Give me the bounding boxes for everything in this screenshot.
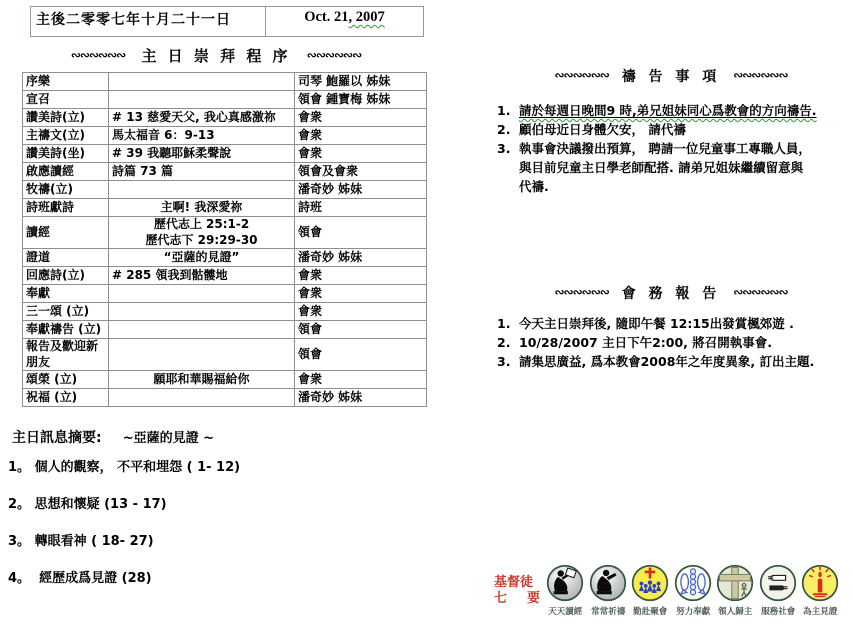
program-leader: 會衆 <box>295 267 427 285</box>
prayer-list: 1.請於每週日晚間9 時,弟兄姐妹同心爲教會的方向禱告.2.顧伯母近日身體欠安，… <box>497 101 849 196</box>
message-summary-heading-line: 主日訊息摘要: ~亞薩的見證 ~ <box>8 427 438 447</box>
report-section-title: 會 務 報 告 <box>622 286 721 302</box>
program-title: 主 日 崇 拜 程 序 <box>141 47 290 65</box>
ornament-icon: ∾∾∾∾∾∾ <box>733 285 787 299</box>
program-detail: # 285 領我到骷髏地 <box>109 267 295 285</box>
program-row: 奉獻禱告 (立)領會 <box>23 321 427 339</box>
program-item: 詩班獻詩 <box>23 199 109 217</box>
item-number: 3. <box>497 139 519 158</box>
item-number: 2. <box>497 333 519 352</box>
program-row: 主禱文(立)馬太福音 6：9-13會衆 <box>23 127 427 145</box>
program-leader: 領會 <box>295 217 427 249</box>
program-item: 主禱文(立) <box>23 127 109 145</box>
pray-icon <box>589 564 627 602</box>
item-number: 3. <box>497 352 519 371</box>
prayer-section-header: ∾∾∾∾∾∾ 禱 告 事 項 ∾∾∾∾∾∾ <box>494 66 848 86</box>
bulletin-page: 主後二零零七年十月二十一日 Oct. 21, 2007 ∾∾∾∾∾∾ 主 日 崇… <box>0 0 852 633</box>
ornament-icon: ∾∾∾∾∾∾ <box>554 285 608 299</box>
program-row: 三一頌 (立)會衆 <box>23 303 427 321</box>
seven-essentials-title-char-b: 要 <box>527 591 540 607</box>
item-text: 請於每週日晚間9 時,弟兄姐妹同心爲教會的方向禱告. <box>519 103 817 118</box>
date-english-wavy: , 2007 <box>349 9 385 25</box>
seven-essential-item: 努力奉獻 <box>672 564 715 617</box>
program-detail <box>109 73 295 91</box>
list-item: 1.今天主日崇拜後, 隨即午餐 12:15出發賞楓郊遊 . <box>497 314 849 333</box>
program-detail: # 13 慈愛天父, 我心真感激祢 <box>109 109 295 127</box>
list-item: 2.10/28/2007 主日下午2:00, 將召開執事會. <box>497 333 849 352</box>
witness-icon <box>801 564 839 602</box>
seven-essential-item: 勤赴聚會 <box>629 564 672 617</box>
seven-essential-label: 努力奉獻 <box>673 604 713 616</box>
date-english-plain: Oct. 21 <box>304 9 348 25</box>
program-row: 讀經歷代志上 25:1-2歷代志下 29:29-30領會 <box>23 217 427 249</box>
seven-essential-item: 服務社會 <box>757 564 800 617</box>
serve-society-icon <box>759 564 797 602</box>
item-number: 1. <box>497 101 519 120</box>
list-item: 3.執事會決議撥出預算， 聘請一位兒童事工專職人員， 與目前兒童主日學老師配搭.… <box>497 139 849 196</box>
program-detail <box>109 181 295 199</box>
offering-icon <box>674 564 712 602</box>
seven-essential-item: 天天讀經 <box>544 564 587 617</box>
program-item: 牧禱(立) <box>23 181 109 199</box>
solid-underline: 1.請於每週日晚間9 時,弟兄姐妹同心爲教會的方向禱告. <box>497 103 817 118</box>
program-detail: “亞薩的見證” <box>109 249 295 267</box>
program-item: 讚美詩(坐) <box>23 145 109 163</box>
program-item: 讀經 <box>23 217 109 249</box>
item-text: 顧伯母近日身體欠安， 請代禱 <box>519 122 686 137</box>
date-english: Oct. 21, 2007 <box>266 7 423 36</box>
date-box: 主後二零零七年十月二十一日 Oct. 21, 2007 <box>30 6 424 37</box>
seven-essentials-icons: 天天讀經常常祈禱勤赴聚會努力奉獻領人歸主服務社會為主見證 <box>544 564 842 617</box>
item-text: 執事會決議撥出預算， 聘請一位兒童事工專職人員， 與目前兒童主日學老師配搭. 請… <box>519 141 811 194</box>
message-summary-subtitle: ~亞薩的見證 ~ <box>123 431 214 446</box>
program-item: 啟應讀經 <box>23 163 109 181</box>
program-item: 報告及歡迎新朋友 <box>23 339 109 371</box>
program-row: 序樂司琴 鮑羅以 姊妹 <box>23 73 427 91</box>
program-leader: 會衆 <box>295 285 427 303</box>
seven-essential-label: 為主見證 <box>800 604 840 616</box>
program-detail <box>109 339 295 371</box>
item-text: 請集思廣益, 爲本教會2008年之年度異象, 訂出主題. <box>519 354 814 369</box>
program-row: 回應詩(立)# 285 領我到骷髏地會衆 <box>23 267 427 285</box>
program-row: 祝福 (立)潘奇妙 姊妹 <box>23 389 427 407</box>
program-row: 頌榮 (立)願耶和華賜福給你會衆 <box>23 371 427 389</box>
program-leader: 會衆 <box>295 303 427 321</box>
program-detail: 主啊! 我深愛祢 <box>109 199 295 217</box>
wavy-underline: 1.請於每週日晚間9 時,弟兄姐妹同心爲教會的方向禱告. <box>497 103 817 118</box>
attend-assembly-icon <box>631 564 669 602</box>
program-leader: 會衆 <box>295 145 427 163</box>
date-chinese: 主後二零零七年十月二十一日 <box>31 7 266 36</box>
item-number: 2. <box>497 120 519 139</box>
message-point: 4。 經歷成爲見證 (28) <box>8 569 438 589</box>
program-detail <box>109 303 295 321</box>
program-detail: 歷代志上 25:1-2歷代志下 29:29-30 <box>109 217 295 249</box>
program-item: 祝福 (立) <box>23 389 109 407</box>
list-item: 2.顧伯母近日身體欠安， 請代禱 <box>497 120 849 139</box>
report-section-header: ∾∾∾∾∾∾ 會 務 報 告 ∾∾∾∾∾∾ <box>494 283 848 303</box>
seven-essential-label: 勤赴聚會 <box>630 604 670 616</box>
seven-essentials: 基督徒 七 要 天天讀經常常祈禱勤赴聚會努力奉獻領人歸主服務社會為主見證 <box>494 564 850 617</box>
program-table-body: 序樂司琴 鮑羅以 姊妹宣召領會 鍾寶梅 姊妹讚美詩(立)# 13 慈愛天父, 我… <box>23 73 427 407</box>
program-leader: 司琴 鮑羅以 姊妹 <box>295 73 427 91</box>
program-item: 序樂 <box>23 73 109 91</box>
program-item: 讚美詩(立) <box>23 109 109 127</box>
program-leader: 潘奇妙 姊妹 <box>295 249 427 267</box>
seven-essential-label: 服務社會 <box>758 604 798 616</box>
program-item: 奉獻禱告 (立) <box>23 321 109 339</box>
program-row: 讚美詩(坐)# 39 我聽耶穌柔聲說會衆 <box>23 145 427 163</box>
seven-essential-label: 領人歸主 <box>715 604 755 616</box>
read-bible-icon <box>546 564 584 602</box>
message-summary: 主日訊息摘要: ~亞薩的見證 ~ 1。 個人的觀察， 不平和埋怨 ( 1- 12… <box>8 427 438 606</box>
program-leader: 領會 <box>295 339 427 371</box>
program-row: 讚美詩(立)# 13 慈愛天父, 我心真感激祢會衆 <box>23 109 427 127</box>
seven-essential-label: 天天讀經 <box>545 604 585 616</box>
program-row: 詩班獻詩主啊! 我深愛祢詩班 <box>23 199 427 217</box>
seven-essentials-title-line1: 基督徒 <box>494 575 540 591</box>
program-row: 報告及歡迎新朋友領會 <box>23 339 427 371</box>
program-detail: 馬太福音 6：9-13 <box>109 127 295 145</box>
item-text: 10/28/2007 主日下午2:00, 將召開執事會. <box>519 335 772 350</box>
ornament-icon: ∾∾∾∾∾∾ <box>733 68 787 82</box>
seven-essential-item: 領人歸主 <box>714 564 757 617</box>
worship-program-table: 序樂司琴 鮑羅以 姊妹宣召領會 鍾寶梅 姊妹讚美詩(立)# 13 慈愛天父, 我… <box>22 72 427 407</box>
program-row: 牧禱(立)潘奇妙 姊妹 <box>23 181 427 199</box>
program-row: 啟應讀經詩篇 73 篇領會及會衆 <box>23 163 427 181</box>
message-point: 2。 思想和懷疑 (13 - 17) <box>8 495 438 515</box>
program-leader: 會衆 <box>295 371 427 389</box>
program-row: 奉獻會衆 <box>23 285 427 303</box>
program-detail-line: 歷代志上 25:1-2 <box>112 217 291 233</box>
program-detail <box>109 389 295 407</box>
list-item: 3.請集思廣益, 爲本教會2008年之年度異象, 訂出主題. <box>497 352 849 371</box>
seven-essential-item: 為主見證 <box>799 564 842 617</box>
program-leader: 詩班 <box>295 199 427 217</box>
program-item: 奉獻 <box>23 285 109 303</box>
program-detail: # 39 我聽耶穌柔聲說 <box>109 145 295 163</box>
program-row: 宣召領會 鍾寶梅 姊妹 <box>23 91 427 109</box>
program-item: 證道 <box>23 249 109 267</box>
item-number: 1. <box>497 314 519 333</box>
program-detail <box>109 321 295 339</box>
message-point: 3。 轉眼看神 ( 18- 27) <box>8 532 438 552</box>
report-list: 1.今天主日崇拜後, 隨即午餐 12:15出發賞楓郊遊 .2.10/28/200… <box>497 314 849 371</box>
program-leader: 領會 <box>295 321 427 339</box>
lead-to-lord-icon <box>716 564 754 602</box>
seven-essential-label: 常常祈禱 <box>588 604 628 616</box>
ornament-icon: ∾∾∾∾∾∾ <box>307 48 361 62</box>
program-detail: 願耶和華賜福給你 <box>109 371 295 389</box>
seven-essentials-title-line2: 七 要 <box>494 591 540 607</box>
program-detail <box>109 285 295 303</box>
message-point: 1。 個人的觀察， 不平和埋怨 ( 1- 12) <box>8 458 438 478</box>
message-summary-heading: 主日訊息摘要: <box>8 430 102 446</box>
item-text: 今天主日崇拜後, 隨即午餐 12:15出發賞楓郊遊 . <box>519 316 794 331</box>
program-leader: 會衆 <box>295 109 427 127</box>
message-summary-points: 1。 個人的觀察， 不平和埋怨 ( 1- 12)2。 思想和懷疑 (13 - 1… <box>8 458 438 589</box>
seven-essentials-title-char-a: 七 <box>494 591 507 607</box>
program-leader: 領會及會衆 <box>295 163 427 181</box>
program-title-line: ∾∾∾∾∾∾ 主 日 崇 拜 程 序 ∾∾∾∾∾∾ <box>0 45 432 66</box>
program-detail: 詩篇 73 篇 <box>109 163 295 181</box>
program-detail <box>109 91 295 109</box>
program-detail-line: 歷代志下 29:29-30 <box>112 233 291 249</box>
program-item: 宣召 <box>23 91 109 109</box>
program-leader: 會衆 <box>295 127 427 145</box>
program-leader: 潘奇妙 姊妹 <box>295 181 427 199</box>
ornament-icon: ∾∾∾∾∾∾ <box>71 48 125 62</box>
program-item: 回應詩(立) <box>23 267 109 285</box>
program-item: 頌榮 (立) <box>23 371 109 389</box>
program-row: 證道“亞薩的見證”潘奇妙 姊妹 <box>23 249 427 267</box>
seven-essentials-title: 基督徒 七 要 <box>494 575 540 607</box>
list-item: 1.請於每週日晚間9 時,弟兄姐妹同心爲教會的方向禱告. <box>497 101 849 120</box>
program-item: 三一頌 (立) <box>23 303 109 321</box>
program-leader: 領會 鍾寶梅 姊妹 <box>295 91 427 109</box>
program-leader: 潘奇妙 姊妹 <box>295 389 427 407</box>
seven-essential-item: 常常祈禱 <box>587 564 630 617</box>
ornament-icon: ∾∾∾∾∾∾ <box>554 68 608 82</box>
prayer-section-title: 禱 告 事 項 <box>622 69 721 85</box>
